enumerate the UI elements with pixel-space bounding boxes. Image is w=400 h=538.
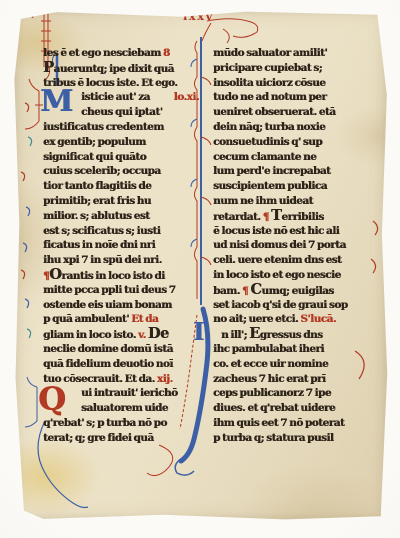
text-line: tuo cōsecrauit. Et da. xij. — [43, 372, 199, 387]
text-line: tudo ne ad notum per — [213, 90, 385, 105]
text-line: ueniret obseruerat. etā — [213, 105, 385, 120]
body-text: cecum clamante ne — [213, 151, 316, 163]
body-text: ueniret obseruerat. etā — [213, 106, 336, 118]
text-line: ud nisi domus dei 7 porta — [213, 238, 385, 253]
body-text: est s; scificatus s; iusti — [43, 225, 160, 237]
rubric-text: Et da — [131, 313, 158, 325]
text-line: pricipare cupiebat s; — [213, 61, 385, 76]
body-text: tior tanto flagitiis de — [43, 180, 151, 192]
body-text: celi. uere etenim dns est — [213, 254, 341, 266]
text-line: q'rebat' s; p turba nō po — [43, 416, 199, 431]
text-line: mūdo saluator amilit' — [213, 46, 385, 61]
body-text: q'rebat' s; p turba nō po — [43, 417, 167, 429]
body-text: E — [249, 327, 260, 342]
text-line: co. et ecce uir nomine — [213, 357, 385, 372]
text-line: num ne ihm uideat — [213, 194, 385, 209]
text-line: les ē et ego nesciebam 8 — [43, 46, 199, 61]
body-text: quā fidelium deuotio noī — [43, 358, 173, 370]
text-line: ihc pambulabat iheri — [213, 342, 385, 357]
body-text: insolita uiciorz cōsue — [213, 77, 325, 89]
body-text: ud nisi domus dei 7 porta — [213, 239, 346, 251]
body-text: neclie domine domū istā — [43, 343, 173, 355]
body-text: terat; q; gre fidei quā — [43, 432, 154, 444]
body-text: zacheus 7 hic erat prī — [213, 373, 325, 385]
body-text: ostende eis uiam bonam — [43, 299, 172, 311]
body-text: les ē et ego nesciebam — [43, 47, 161, 59]
text-line: ceps publicanorz 7 ipe — [213, 386, 385, 401]
text-line: n ill'; Egressus dns — [213, 327, 385, 342]
text-line: gliam in loco isto. v. De — [43, 327, 199, 342]
text-line: tior tanto flagitiis de — [43, 179, 199, 194]
text-line: bam. ¶ Cumq; euigilas — [213, 283, 385, 298]
text-line: iustificatus credentem — [43, 120, 199, 135]
initial-q: Q — [38, 383, 66, 415]
body-text: diues. et q'rebat uidere — [213, 402, 335, 414]
text-line: significat qui quāto — [43, 150, 199, 165]
body-text: ui intrauit' ierichō — [81, 387, 178, 399]
body-text: cheus qui iptat' — [81, 106, 162, 118]
body-text: ihu xpi 7 in spū dei nri. — [43, 254, 162, 266]
rubric-text: xij. — [157, 373, 173, 385]
text-line: celi. uere etenim dns est — [213, 253, 385, 268]
rubric-text: lo.xi. — [174, 90, 199, 105]
text-line: cecum clamante ne — [213, 150, 385, 165]
body-text: C — [250, 283, 261, 298]
body-text: pricipare cupiebat s; — [213, 62, 322, 74]
body-text: milior. s; ablutus est — [43, 210, 150, 222]
body-text: O — [49, 268, 61, 283]
text-line: saluatorem uide — [43, 401, 199, 416]
body-text: isticie aut' za — [81, 90, 150, 105]
body-text: num ne ihm uideat — [213, 195, 313, 207]
text-line: suscipientem publica — [213, 179, 385, 194]
text-line: dein nāq; turba noxie — [213, 120, 385, 135]
text-line: terat; q; gre fidei quā — [43, 431, 199, 446]
text-line: quā fidelium deuotio noī — [43, 357, 199, 372]
body-text: mitte pcca ppli tui deus 7 — [43, 284, 175, 296]
body-text: tudo ne ad notum per — [213, 91, 326, 103]
body-text: iustificatus credentem — [43, 121, 164, 133]
body-text: in loco isto et ego nescie — [213, 269, 341, 281]
text-line: neclie domine domū istā — [43, 342, 199, 357]
body-text: suscipientem publica — [213, 180, 327, 192]
text-line: no ait; uere etci. S'lucā. — [213, 312, 385, 327]
text-line: primitib; erat fris hu — [43, 194, 199, 209]
initial-m: M — [40, 87, 73, 117]
text-line: ui intrauit' ierichō — [43, 386, 199, 401]
body-text: saluatorem uide — [81, 402, 168, 414]
text-line: diues. et q'rebat uidere — [213, 401, 385, 416]
body-text: n ill'; — [221, 329, 249, 341]
body-text: retardat. — [213, 211, 263, 223]
body-text: gliam in loco isto. — [43, 329, 138, 341]
photo-backdrop: lxxv les ē et ego nesciebam 8Paueruntq; … — [0, 0, 400, 538]
text-line: est s; scificatus s; iusti — [43, 224, 199, 239]
body-text: primitib; erat fris hu — [43, 195, 151, 207]
rubric-text: 8 — [161, 47, 170, 59]
body-text: no ait; uere etci. — [213, 313, 300, 325]
body-text: T — [271, 209, 281, 224]
body-text: ex gentib; populum — [43, 136, 146, 148]
text-line: lum perd'e increpabat — [213, 164, 385, 179]
body-text: bam. — [213, 285, 242, 297]
text-line: cuius scelerib; occupa — [43, 164, 199, 179]
text-line: ex gentib; populum — [43, 135, 199, 150]
manuscript-leaf: lxxv les ē et ego nesciebam 8Paueruntq; … — [11, 7, 391, 523]
body-text: rantis in loco isto di — [61, 270, 164, 282]
text-line: ihm quis eet 7 nō poterat — [213, 416, 385, 431]
body-text: dein nāq; turba noxie — [213, 121, 325, 133]
text-line: ē locus iste nō est hic ali — [213, 224, 385, 239]
text-line: ihu xpi 7 in spū dei nri. — [43, 253, 199, 268]
folio-number: lxxv — [183, 9, 243, 23]
body-text: ē locus iste nō est hic ali — [213, 225, 339, 237]
body-text: ihm quis eet 7 nō poterat — [213, 417, 344, 429]
text-line: in loco isto et ego nescie — [213, 268, 385, 283]
text-line: mitte pcca ppli tui deus 7 — [43, 283, 199, 298]
text-line: consuetudinis q' sup — [213, 135, 385, 150]
text-line: retardat. ¶ Terribilis — [213, 209, 385, 224]
text-line: Paueruntq; ipe dixit quā — [43, 61, 199, 76]
text-line: ficatus in noīe dni nri — [43, 238, 199, 253]
body-text: aueruntq; ipe dixit quā — [53, 63, 173, 75]
body-text: p turba q; statura pusil — [213, 432, 333, 444]
text-line: ¶Orantis in loco isto di — [43, 268, 199, 283]
body-text: p quā ambulent' — [43, 313, 131, 325]
body-text: co. et ecce uir nomine — [213, 358, 328, 370]
body-text: ihc pambulabat iheri — [213, 343, 324, 355]
text-column-right: mūdo saluator amilit'pricipare cupiebat … — [213, 46, 385, 446]
body-text: cuius scelerib; occupa — [43, 165, 161, 177]
text-line: ostende eis uiam bonam — [43, 298, 199, 313]
body-text: mūdo saluator amilit' — [213, 47, 327, 59]
body-text: erribilis — [281, 211, 323, 223]
body-text: P — [43, 61, 53, 76]
body-text: set iacob q'si de graui sop — [213, 299, 348, 311]
initial-i: I — [193, 320, 204, 344]
rubric-text: S'lucā. — [300, 313, 336, 325]
text-line: p quā ambulent' Et da — [43, 312, 199, 327]
text-line: zacheus 7 hic erat prī — [213, 372, 385, 387]
body-text: significat qui quāto — [43, 151, 146, 163]
body-text: consuetudinis q' sup — [213, 136, 322, 148]
text-line: milior. s; ablutus est — [43, 209, 199, 224]
rubric-text: v. — [138, 329, 148, 341]
body-text: De — [148, 327, 169, 342]
body-text: ceps publicanorz 7 ipe — [213, 387, 331, 399]
text-line: insolita uiciorz cōsue — [213, 76, 385, 91]
text-line: set iacob q'si de graui sop — [213, 298, 385, 313]
rubric-text: ¶ — [263, 211, 271, 223]
body-text: gressus dns — [260, 329, 323, 341]
body-text: ficatus in noīe dni nri — [43, 239, 155, 251]
text-line: p turba q; statura pusil — [213, 431, 385, 446]
body-text: umq; euigilas — [261, 285, 333, 297]
body-text: lum perd'e increpabat — [213, 165, 330, 177]
